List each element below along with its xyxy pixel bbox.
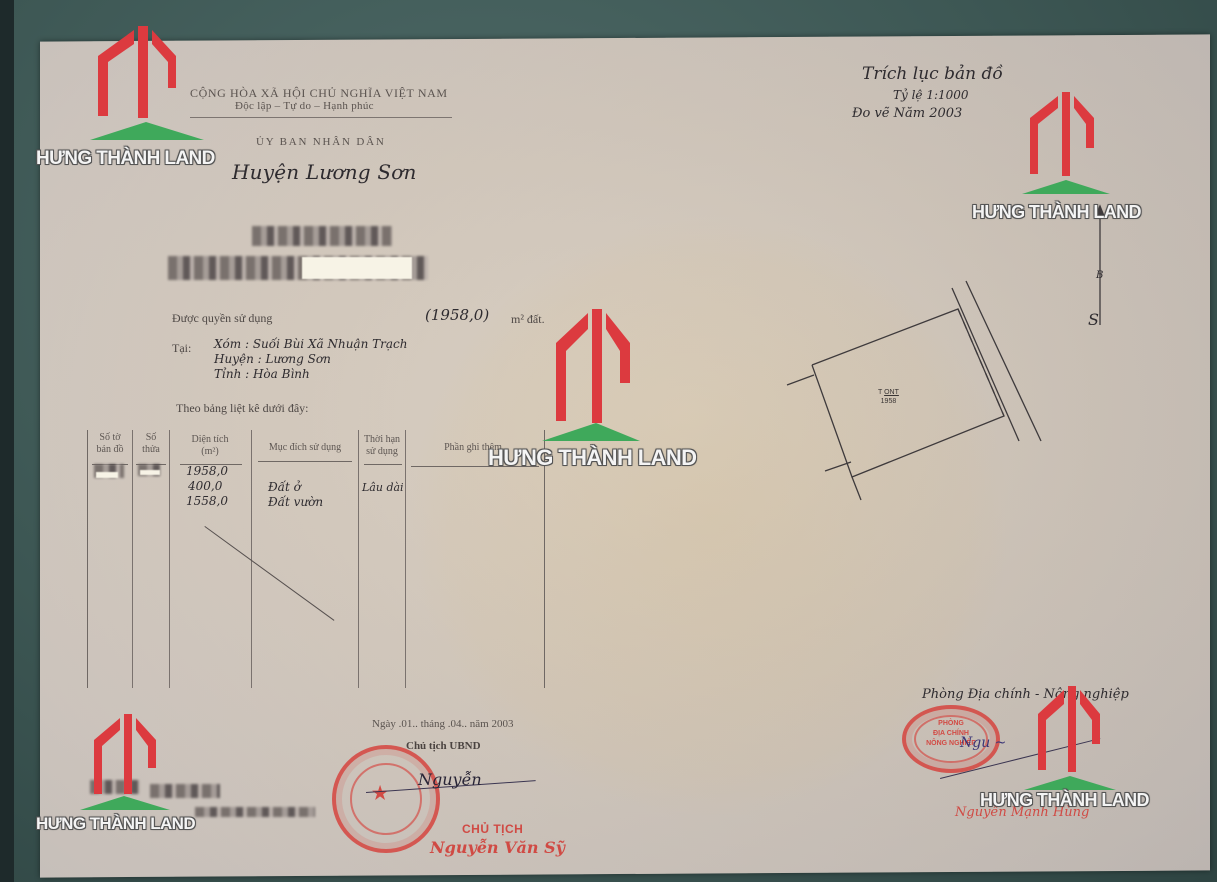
watermark-brand: HƯNG THÀNH LAND bbox=[980, 790, 1149, 811]
north-mark: S bbox=[1088, 310, 1099, 329]
watermark-brand: HƯNG THÀNH LAND bbox=[488, 445, 696, 471]
parcel-land-type: ONT bbox=[884, 389, 899, 396]
watermark-brand: HƯNG THÀNH LAND bbox=[36, 814, 195, 834]
ht-logo-icon bbox=[540, 305, 690, 445]
parcel-code: T bbox=[878, 389, 882, 396]
ht-logo-icon bbox=[80, 710, 210, 810]
north-label: B bbox=[1096, 270, 1103, 281]
seal-line-1: PHÒNG bbox=[938, 720, 964, 727]
watermark-brand: HƯNG THÀNH LAND bbox=[972, 202, 1141, 223]
ht-logo-icon bbox=[76, 22, 226, 148]
ht-logo-icon bbox=[1012, 88, 1142, 200]
parcel-area-label: 1958 bbox=[881, 398, 897, 405]
cadastral-signature: Ngu ~ bbox=[960, 735, 1006, 751]
watermark-brand: HƯNG THÀNH LAND bbox=[36, 148, 215, 170]
parcel-label: T ONT 1958 bbox=[878, 388, 899, 406]
ht-logo-icon bbox=[1020, 682, 1150, 794]
